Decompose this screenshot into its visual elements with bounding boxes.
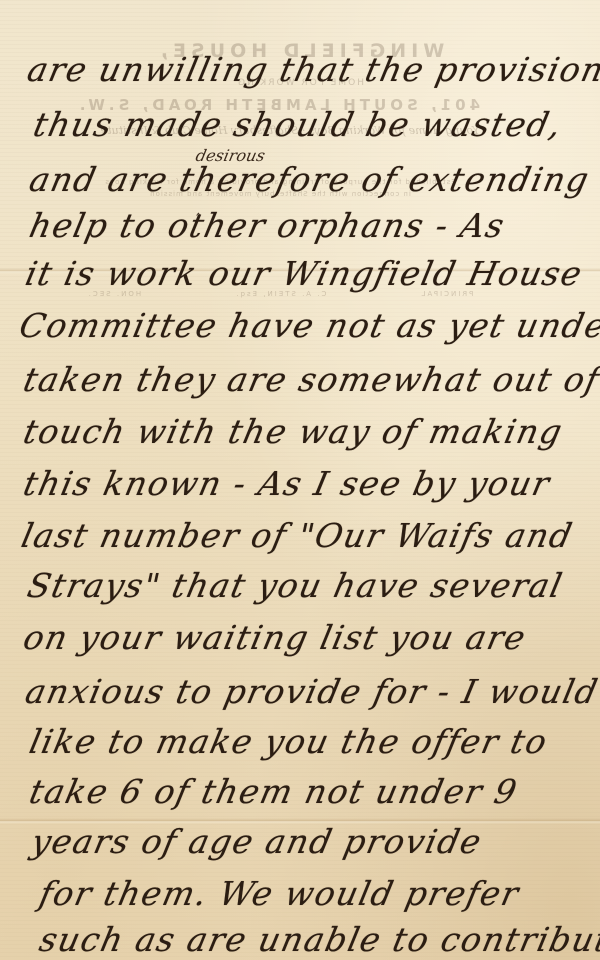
letter-line: years of age and provide bbox=[28, 822, 486, 861]
letter-line: such as are unable to contribute bbox=[36, 920, 600, 959]
letter-line: for them. We would prefer bbox=[36, 874, 523, 913]
letter-line: like to make you the offer to bbox=[26, 722, 552, 761]
letter-line: thus made should be wasted, bbox=[30, 105, 566, 144]
letter-line: anxious to provide for - I would bbox=[22, 672, 600, 711]
letter-line: it is work our Wingfield House bbox=[22, 254, 586, 293]
letter-line: taken they are somewhat out of bbox=[20, 360, 600, 399]
letter-line: last number of "Our Waifs and bbox=[18, 516, 577, 555]
letter-line: this known - As I see by your bbox=[20, 464, 554, 503]
letter-line: are unwilling that the provision bbox=[24, 50, 600, 89]
letter-line: Committee have not as yet under- bbox=[16, 306, 600, 345]
letter-line: and are therefore of extending bbox=[26, 160, 593, 199]
letter-line: on your waiting list you are bbox=[20, 618, 530, 657]
letter-page: WINGFIELD HOUSE, HOME FOR WORKING 401, S… bbox=[0, 0, 600, 960]
handwritten-body: desirous ‸ are unwilling that the provis… bbox=[0, 0, 600, 960]
letter-line: take 6 of them not under 9 bbox=[26, 772, 521, 811]
letter-line: touch with the way of making bbox=[20, 412, 567, 451]
letter-line: Strays" that you have several bbox=[24, 566, 567, 605]
letter-line: help to other orphans - As bbox=[26, 206, 509, 245]
